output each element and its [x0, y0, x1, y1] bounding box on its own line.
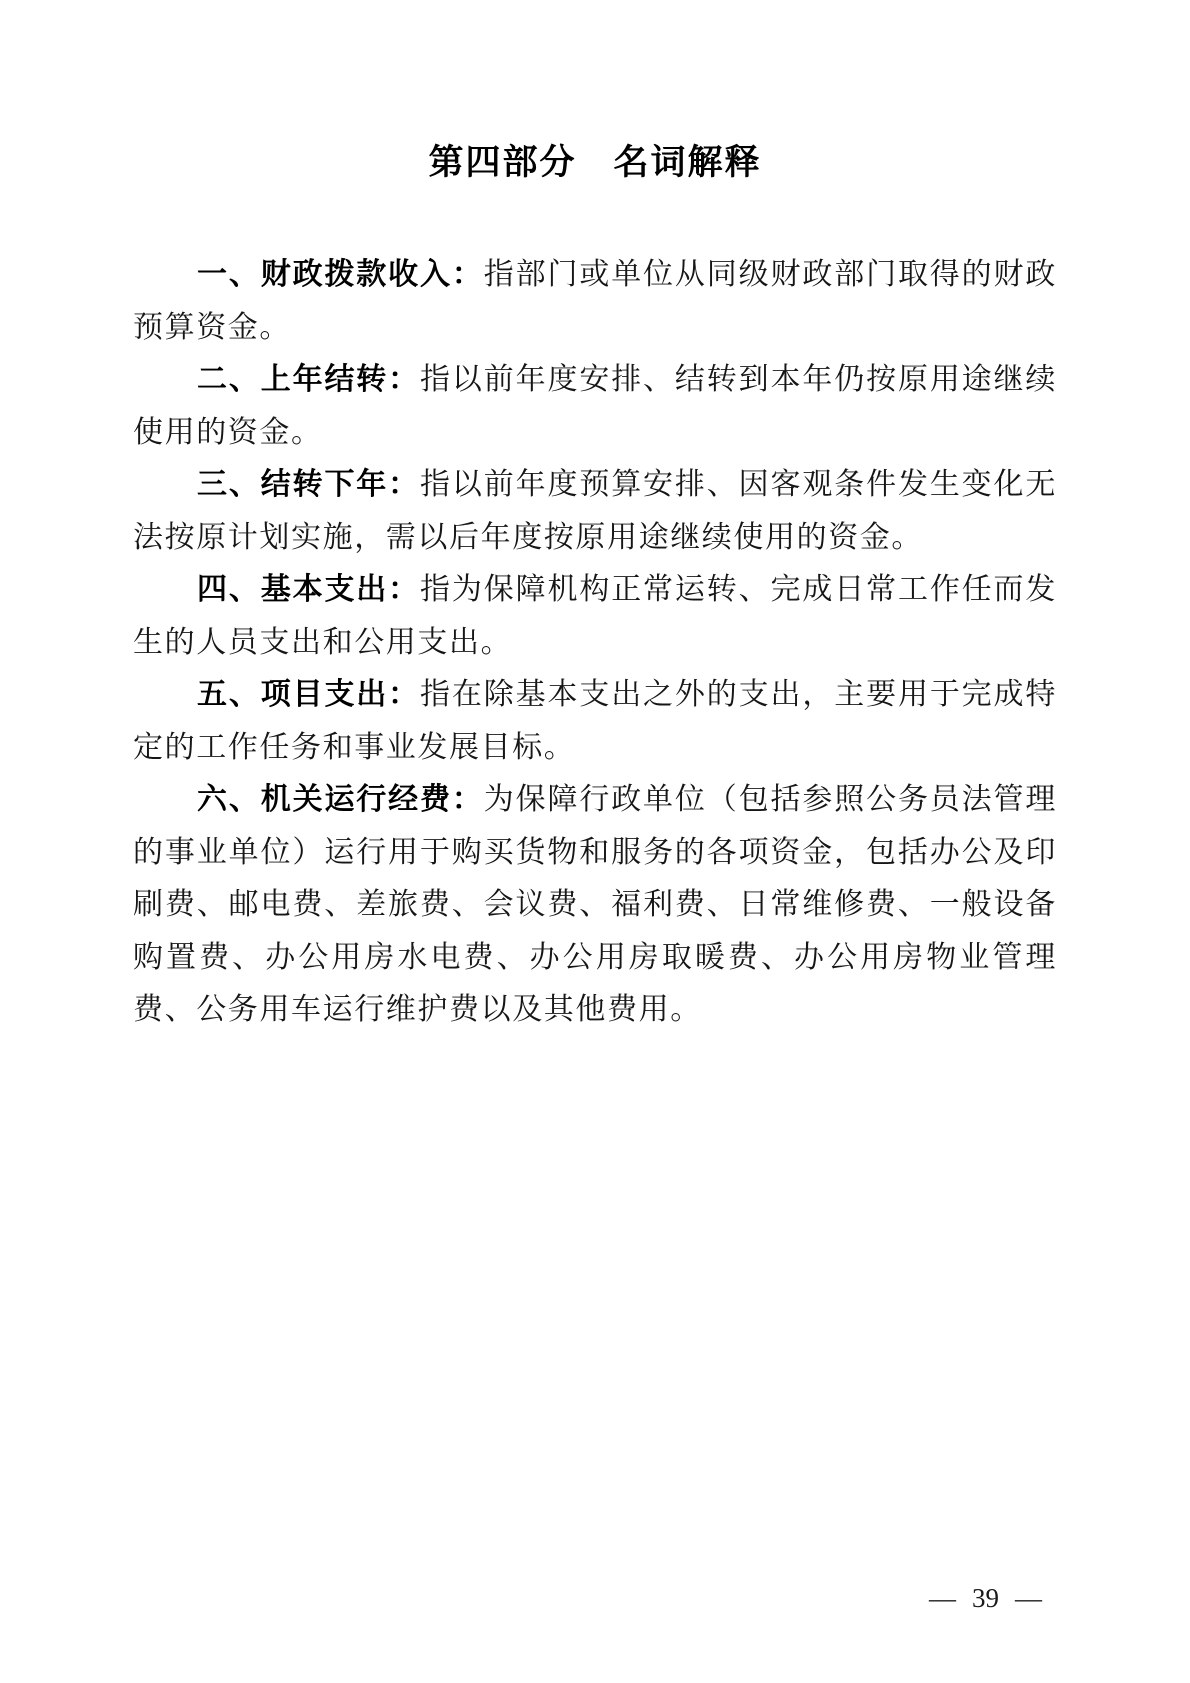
page-number-dash-right: — [1015, 1583, 1042, 1613]
definition-paragraph-6: 六、机关运行经费：为保障行政单位（包括参照公务员法管理的事业单位）运行用于购买货… [133, 774, 1057, 1037]
term-label: 三、结转下年： [197, 468, 420, 501]
definition-paragraph-3: 三、结转下年：指以前年度预算安排、因客观条件发生变化无法按原计划实施，需以后年度… [133, 459, 1057, 564]
term-label: 二、上年结转： [197, 363, 420, 396]
term-definition: 为保障行政单位（包括参照公务员法管理的事业单位）运行用于购买货物和服务的各项资金… [133, 783, 1057, 1026]
definition-paragraph-2: 二、上年结转：指以前年度安排、结转到本年仍按原用途继续使用的资金。 [133, 354, 1057, 459]
term-label: 四、基本支出： [197, 573, 420, 606]
document-page: 第四部分 名词解释 一、财政拨款收入：指部门或单位从同级财政部门取得的财政预算资… [0, 0, 1190, 1683]
page-number: 39 [972, 1583, 999, 1614]
term-label: 六、机关运行经费： [197, 783, 484, 816]
page-footer: —39— [929, 1583, 1042, 1614]
definition-paragraph-1: 一、财政拨款收入：指部门或单位从同级财政部门取得的财政预算资金。 [133, 249, 1057, 354]
page-number-dash-left: — [929, 1583, 956, 1613]
page-title: 第四部分 名词解释 [133, 141, 1057, 185]
definition-paragraph-4: 四、基本支出：指为保障机构正常运转、完成日常工作任而发生的人员支出和公用支出。 [133, 564, 1057, 669]
term-label: 一、财政拨款收入： [197, 258, 484, 291]
document-body: 一、财政拨款收入：指部门或单位从同级财政部门取得的财政预算资金。 二、上年结转：… [133, 249, 1057, 1037]
definition-paragraph-5: 五、项目支出：指在除基本支出之外的支出，主要用于完成特定的工作任务和事业发展目标… [133, 669, 1057, 774]
term-label: 五、项目支出： [197, 678, 420, 711]
